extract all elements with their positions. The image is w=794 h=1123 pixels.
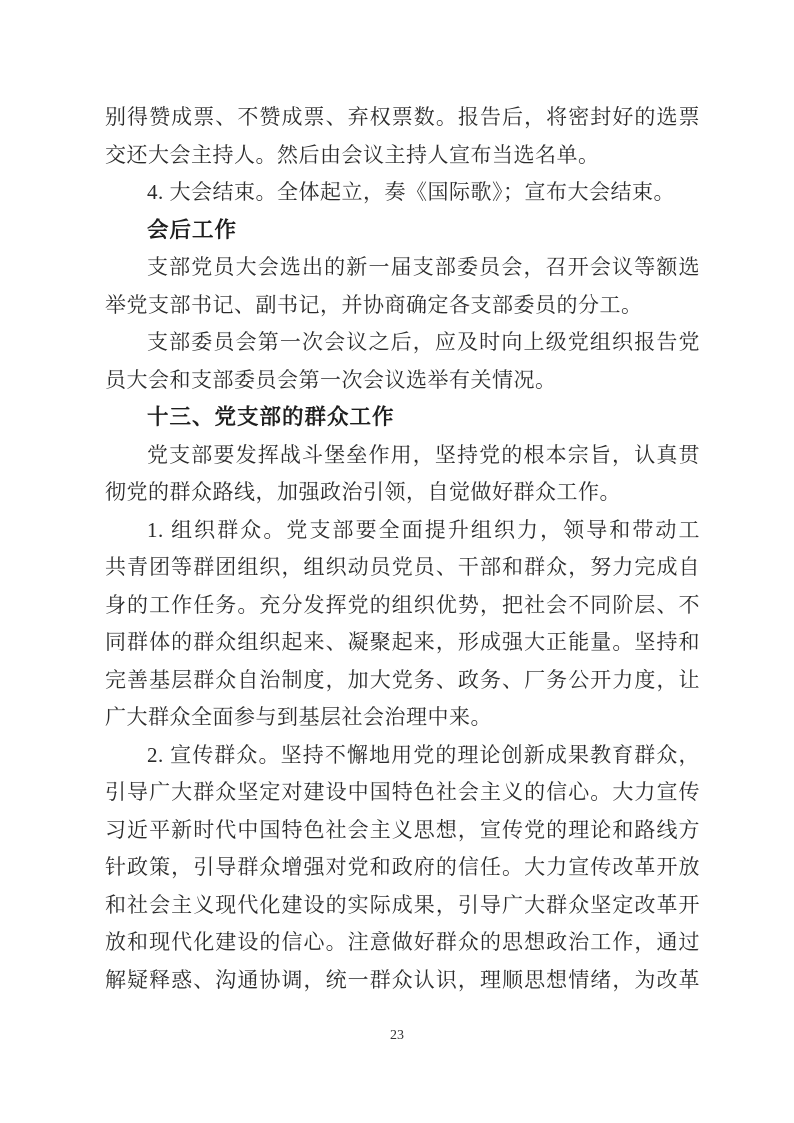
text-line: 举党支部书记、副书记，并协商确定各支部委员的分工。	[105, 287, 700, 325]
text-line: 1. 组织群众。党支部要全面提升组织力，领导和带动工会、	[105, 512, 700, 550]
text-line: 同群体的群众组织起来、凝聚起来，形成强大正能量。坚持和	[105, 624, 700, 662]
section-heading: 会后工作	[105, 212, 700, 250]
text-line: 别得赞成票、不赞成票、弃权票数。报告后，将密封好的选票	[105, 99, 700, 137]
page-number: 23	[0, 1028, 794, 1044]
text-line: 彻党的群众路线，加强政治引领，自觉做好群众工作。	[105, 474, 700, 512]
text-line: 支部委员会第一次会议之后，应及时向上级党组织报告党	[105, 324, 700, 362]
text-line: 习近平新时代中国特色社会主义思想，宣传党的理论和路线方	[105, 812, 700, 850]
document-page: 别得赞成票、不赞成票、弃权票数。报告后，将密封好的选票交还大会主持人。然后由会议…	[0, 0, 794, 1123]
text-line: 支部党员大会选出的新一届支部委员会，召开会议等额选	[105, 249, 700, 287]
section-heading: 十三、党支部的群众工作	[105, 399, 700, 437]
text-line: 广大群众全面参与到基层社会治理中来。	[105, 699, 700, 737]
text-line: 身的工作任务。充分发挥党的组织优势，把社会不同阶层、不	[105, 587, 700, 625]
text-line: 完善基层群众自治制度，加大党务、政务、厂务公开力度，让	[105, 662, 700, 700]
document-body: 别得赞成票、不赞成票、弃权票数。报告后，将密封好的选票交还大会主持人。然后由会议…	[105, 99, 700, 999]
text-line: 和社会主义现代化建设的实际成果，引导广大群众坚定改革开	[105, 887, 700, 925]
text-line: 党支部要发挥战斗堡垒作用，坚持党的根本宗旨，认真贯	[105, 437, 700, 475]
text-line: 解疑释惑、沟通协调，统一群众认识，理顺思想情绪，为改革	[105, 962, 700, 1000]
text-line: 共青团等群团组织，组织动员党员、干部和群众，努力完成自	[105, 549, 700, 587]
text-line: 引导广大群众坚定对建设中国特色社会主义的信心。大力宣传	[105, 774, 700, 812]
text-line: 员大会和支部委员会第一次会议选举有关情况。	[105, 362, 700, 400]
text-line: 放和现代化建设的信心。注意做好群众的思想政治工作，通过	[105, 924, 700, 962]
text-line: 交还大会主持人。然后由会议主持人宣布当选名单。	[105, 137, 700, 175]
text-line: 2. 宣传群众。坚持不懈地用党的理论创新成果教育群众，	[105, 737, 700, 775]
text-line: 4. 大会结束。全体起立，奏《国际歌》；宣布大会结束。	[105, 174, 700, 212]
text-line: 针政策，引导群众增强对党和政府的信任。大力宣传改革开放	[105, 849, 700, 887]
